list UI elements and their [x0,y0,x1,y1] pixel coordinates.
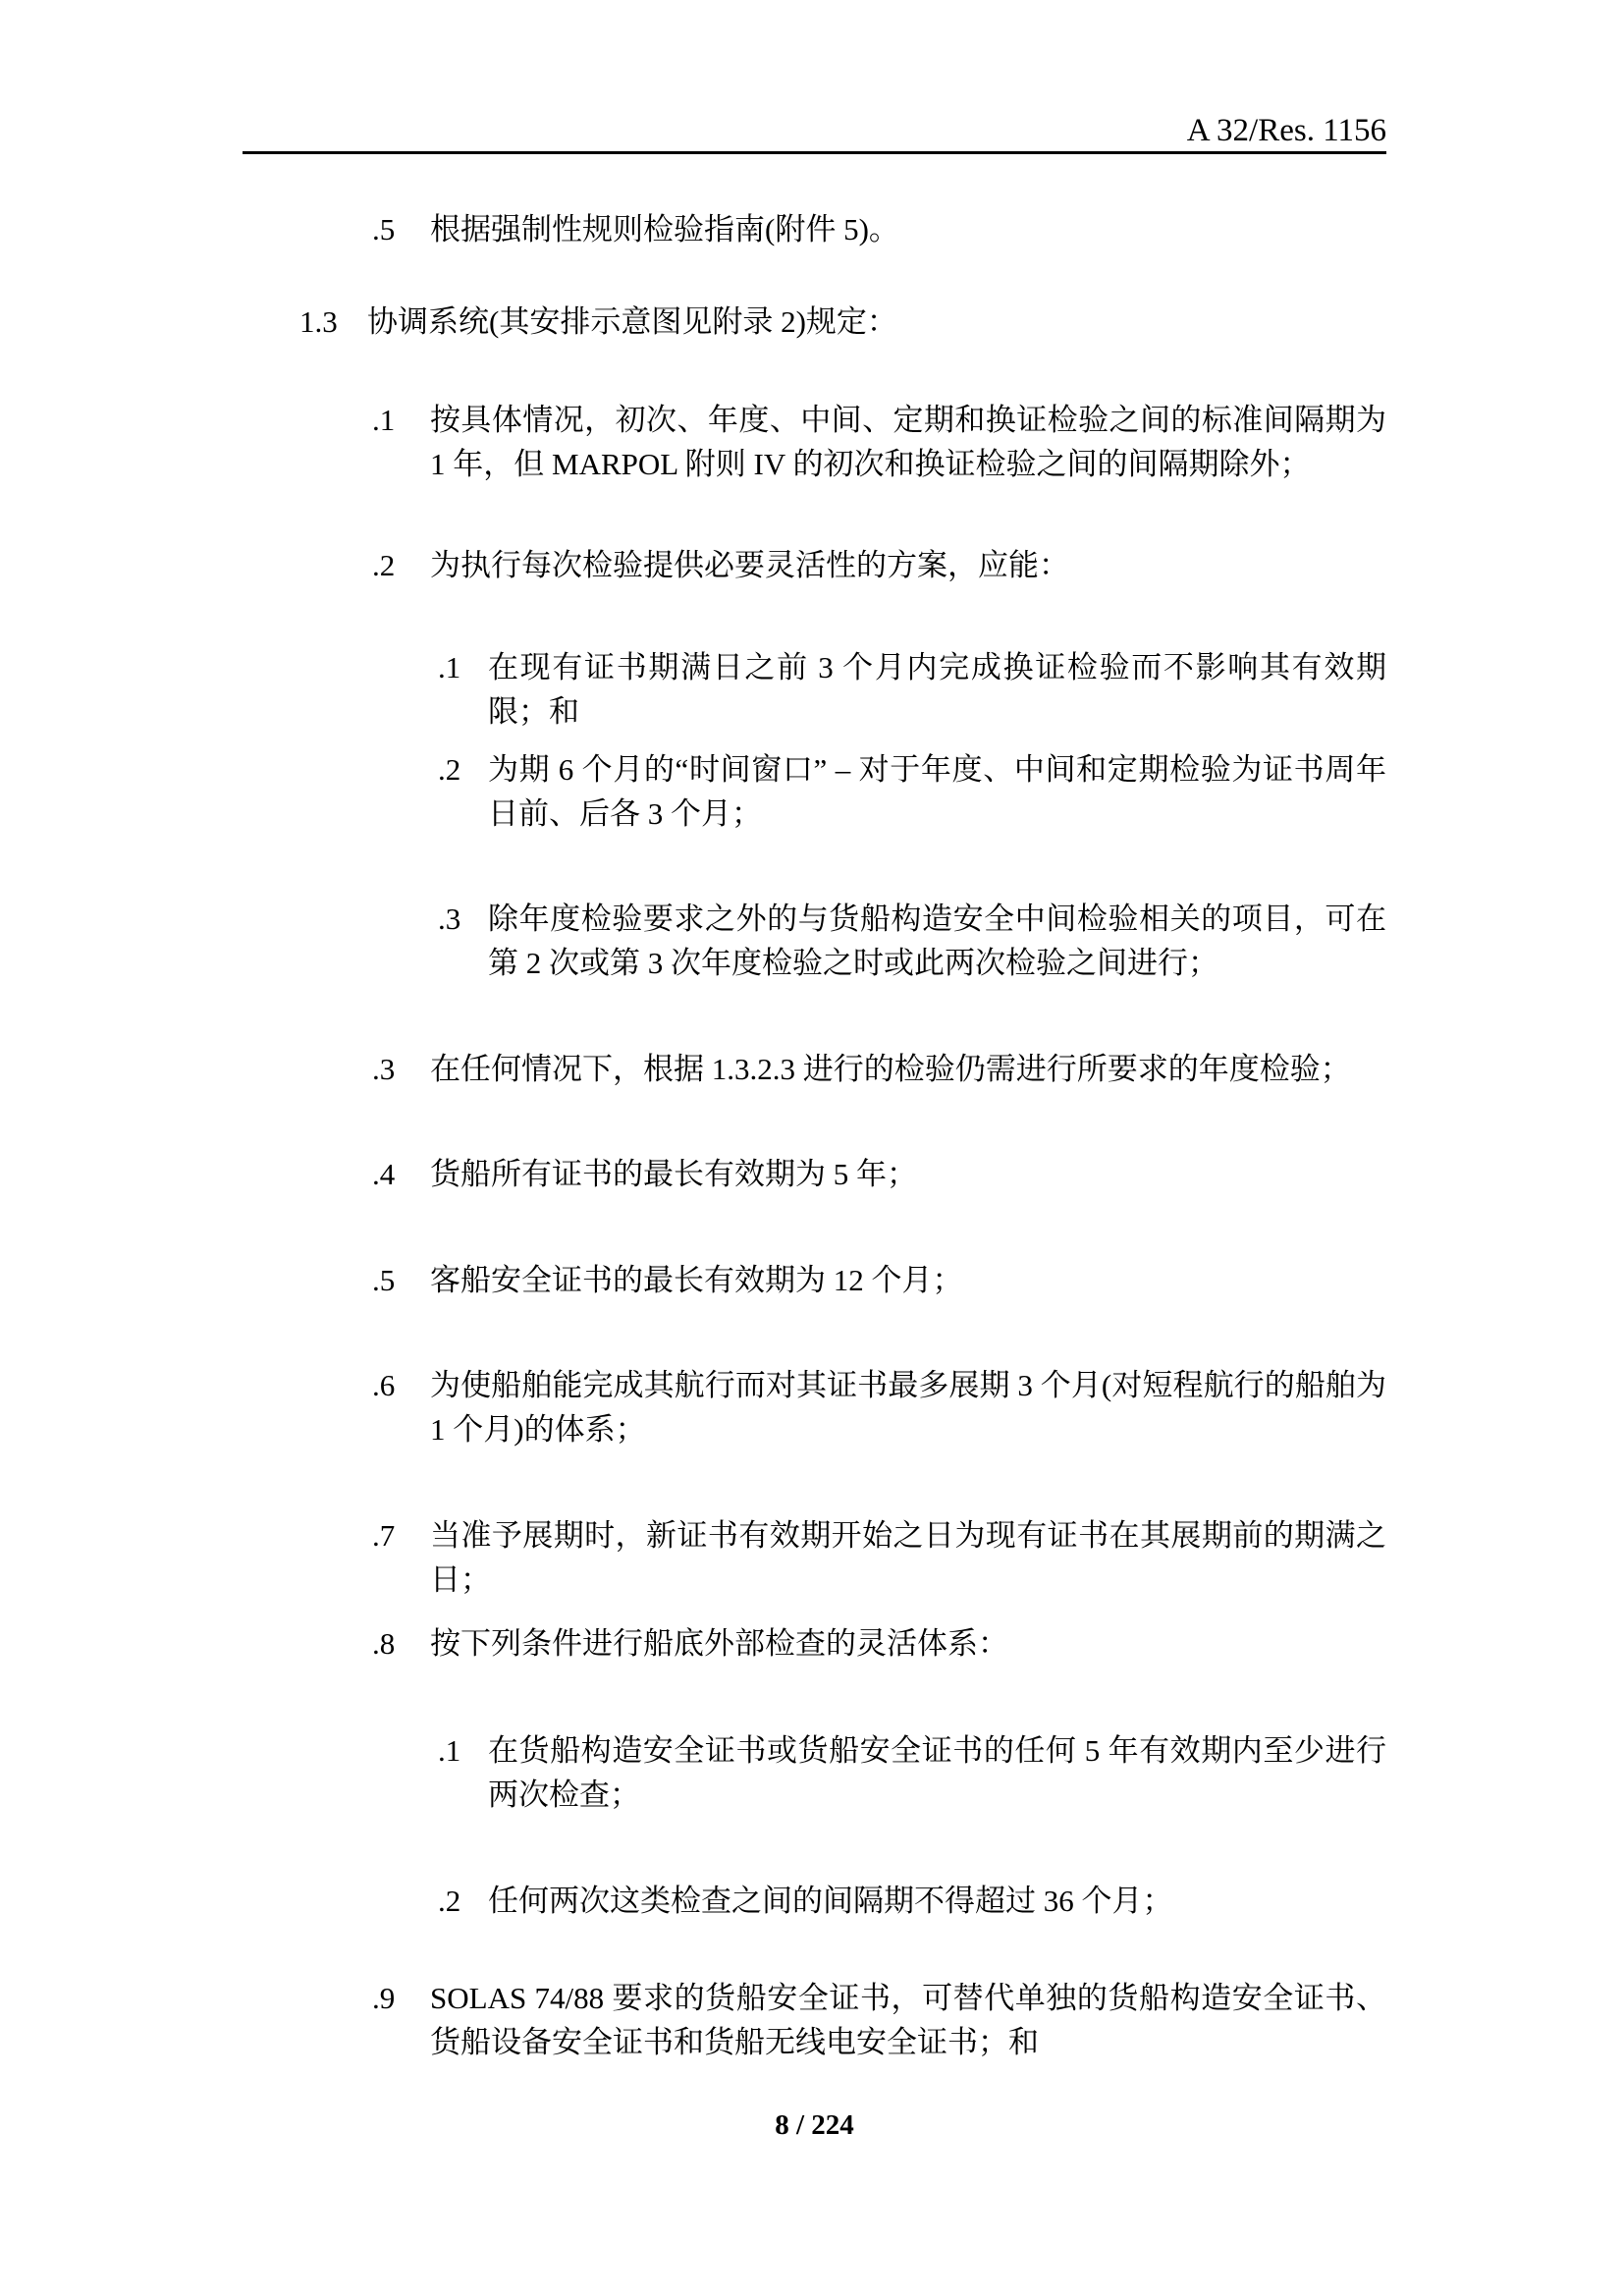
clause-text: 除年度检验要求之外的与货船构造安全中间检验相关的项目，可在第 2 次或第 3 次… [488,897,1386,985]
clause-text: 根据强制性规则检验指南(附件 5)。 [430,207,1386,251]
clause-text: SOLAS 74/88 要求的货船安全证书，可替代单独的货船构造安全证书、货船设… [430,1976,1386,2064]
clause-text: 当准予展期时，新证书有效期开始之日为现有证书在其展期前的期满之日； [430,1513,1386,1602]
clause-item-1-3-8: .8 按下列条件进行船底外部检查的灵活体系： [372,1621,1386,1666]
clause-number: .4 [372,1152,430,1196]
clause-item-1-3-2-2: .2 为期 6 个月的“时间窗口” – 对于年度、中间和定期检验为证书周年日前、… [438,747,1386,836]
clause-number: .2 [438,1879,488,1923]
clause-text: 为执行每次检验提供必要灵活性的方案，应能： [430,543,1386,587]
clause-text: 协调系统(其安排示意图见附录 2)规定： [367,300,1386,344]
clause-item-1-3-9: .9 SOLAS 74/88 要求的货船安全证书，可替代单独的货船构造安全证书、… [372,1976,1386,2064]
clause-number: .2 [372,543,430,587]
clause-number: .7 [372,1513,430,1558]
clause-text: 任何两次这类检查之间的间隔期不得超过 36 个月； [488,1879,1386,1923]
header-divider [243,151,1386,154]
clause-item-1-3-2-3: .3 除年度检验要求之外的与货船构造安全中间检验相关的项目，可在第 2 次或第 … [438,897,1386,985]
document-reference: A 32/Res. 1156 [1187,111,1386,150]
clause-number: .1 [372,398,430,442]
clause-text: 为期 6 个月的“时间窗口” – 对于年度、中间和定期检验为证书周年日前、后各 … [488,747,1386,836]
clause-item-1-3-3: .3 在任何情况下，根据 1.3.2.3 进行的检验仍需进行所要求的年度检验； [372,1047,1386,1091]
clause-text: 在任何情况下，根据 1.3.2.3 进行的检验仍需进行所要求的年度检验； [430,1047,1386,1091]
clause-item-1-3-2-1: .1 在现有证书期满日之前 3 个月内完成换证检验而不影响其有效期限；和 [438,645,1386,734]
clause-item-1-3-8-2: .2 任何两次这类检查之间的间隔期不得超过 36 个月； [438,1879,1386,1923]
clause-number: .2 [438,747,488,792]
clause-number: .5 [372,1258,430,1302]
clause-text: 货船所有证书的最长有效期为 5 年； [430,1152,1386,1196]
clause-number: .1 [438,1728,488,1773]
clause-text: 按具体情况，初次、年度、中间、定期和换证检验之间的标准间隔期为 1 年，但 MA… [430,398,1386,486]
clause-text: 在货船构造安全证书或货船安全证书的任何 5 年有效期内至少进行两次检查； [488,1728,1386,1817]
page-number: 8 / 224 [243,2104,1386,2148]
clause-item-1-3-6: .6 为使船舶能完成其航行而对其证书最多展期 3 个月(对短程航行的船舶为 1 … [372,1363,1386,1451]
clause-number: .8 [372,1621,430,1666]
clause-number: .3 [438,897,488,941]
clause-item-1-3-8-1: .1 在货船构造安全证书或货船安全证书的任何 5 年有效期内至少进行两次检查； [438,1728,1386,1817]
clause-number: .9 [372,1976,430,2020]
clause-item-1-3-1: .1 按具体情况，初次、年度、中间、定期和换证检验之间的标准间隔期为 1 年，但… [372,398,1386,486]
clause-item-1-3-7: .7 当准予展期时，新证书有效期开始之日为现有证书在其展期前的期满之日； [372,1513,1386,1602]
clause-item-1-3: 1.3 协调系统(其安排示意图见附录 2)规定： [299,300,1386,344]
clause-text: 在现有证书期满日之前 3 个月内完成换证检验而不影响其有效期限；和 [488,645,1386,734]
document-page: A 32/Res. 1156 .5 根据强制性规则检验指南(附件 5)。 1.3… [0,0,1623,2296]
clause-number: .3 [372,1047,430,1091]
clause-number: .6 [372,1363,430,1407]
clause-number: 1.3 [299,300,367,344]
clause-item-1-3-4: .4 货船所有证书的最长有效期为 5 年； [372,1152,1386,1196]
clause-number: .5 [372,207,430,251]
clause-item-5-prev: .5 根据强制性规则检验指南(附件 5)。 [372,207,1386,251]
clause-text: 为使船舶能完成其航行而对其证书最多展期 3 个月(对短程航行的船舶为 1 个月)… [430,1363,1386,1451]
clause-text: 客船安全证书的最长有效期为 12 个月； [430,1258,1386,1302]
clause-item-1-3-2: .2 为执行每次检验提供必要灵活性的方案，应能： [372,543,1386,587]
clause-number: .1 [438,645,488,689]
clause-text: 按下列条件进行船底外部检查的灵活体系： [430,1621,1386,1666]
clause-item-1-3-5: .5 客船安全证书的最长有效期为 12 个月； [372,1258,1386,1302]
